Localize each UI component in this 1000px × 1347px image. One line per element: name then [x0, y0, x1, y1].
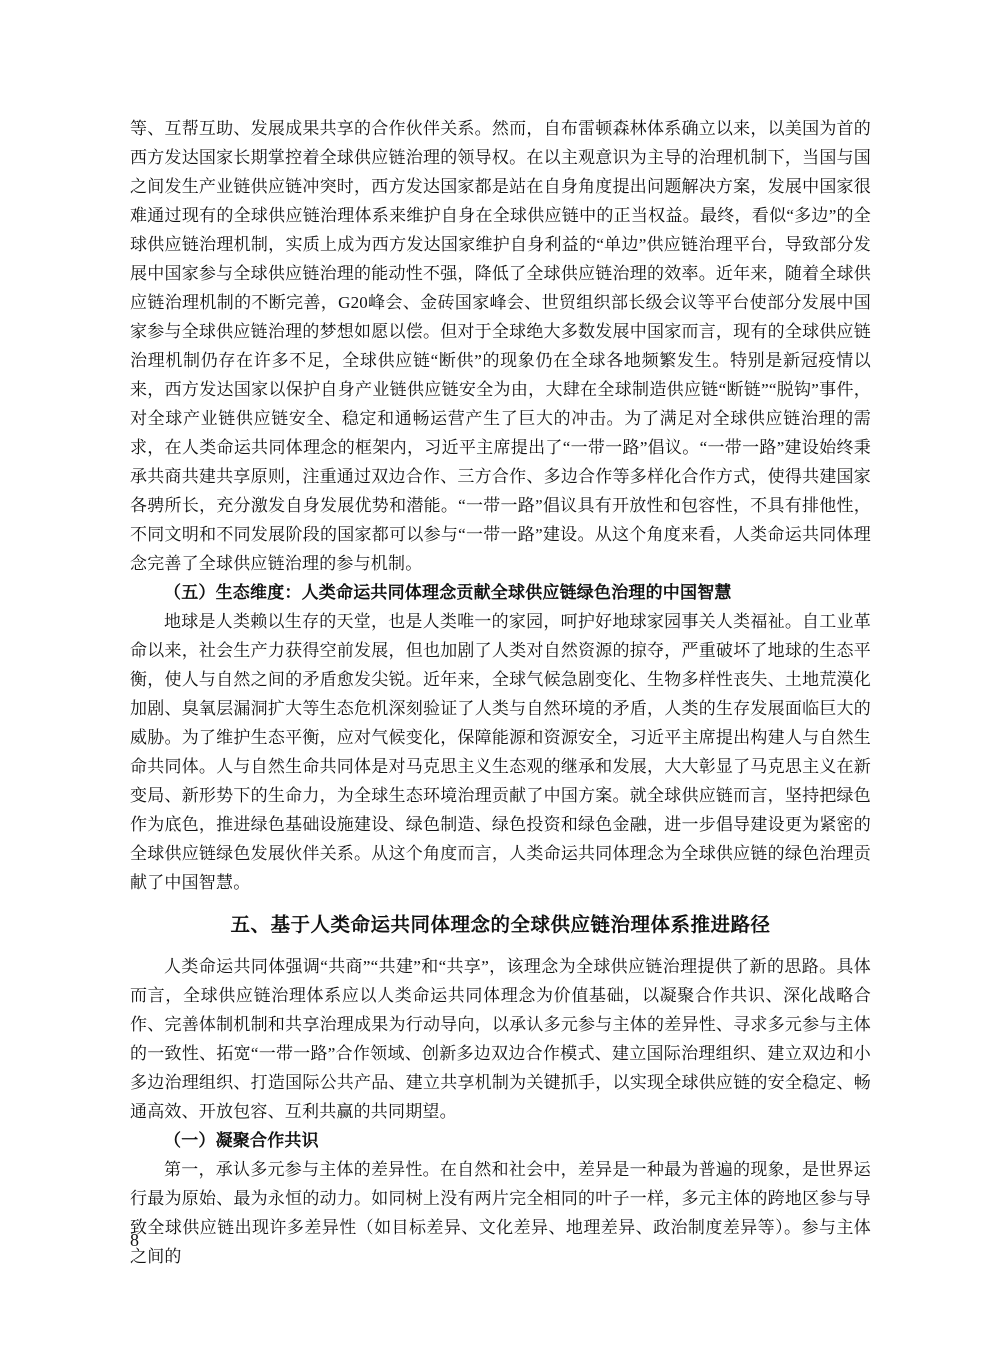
paragraph-diversity: 第一，承认多元参与主体的差异性。在自然和社会中，差异是一种最为普遍的现象，是世界…: [130, 1155, 871, 1271]
section-heading-part-five: 五、基于人类命运共同体理念的全球供应链治理体系推进路径: [130, 910, 871, 940]
paragraph-continuation: 等、互帮互助、发展成果共享的合作伙伴关系。然而，自布雷顿森林体系确立以来，以美国…: [130, 114, 871, 578]
document-page: 等、互帮互助、发展成果共享的合作伙伴关系。然而，自布雷顿森林体系确立以来，以美国…: [0, 0, 1000, 1347]
subsection-heading-eco-dimension: （五）生态维度：人类命运共同体理念贡献全球供应链绿色治理的中国智慧: [130, 578, 871, 607]
page-number: 8: [130, 1226, 139, 1255]
paragraph-promotion-path: 人类命运共同体强调“共商”“共建”和“共享”，该理念为全球供应链治理提供了新的思…: [130, 952, 871, 1126]
subsection-heading-consensus: （一）凝聚合作共识: [130, 1126, 871, 1155]
text-content-area: 等、互帮互助、发展成果共享的合作伙伴关系。然而，自布雷顿森林体系确立以来，以美国…: [130, 114, 871, 1271]
paragraph-eco-dimension: 地球是人类赖以生存的天堂，也是人类唯一的家园，呵护好地球家园事关人类福祉。自工业…: [130, 607, 871, 897]
